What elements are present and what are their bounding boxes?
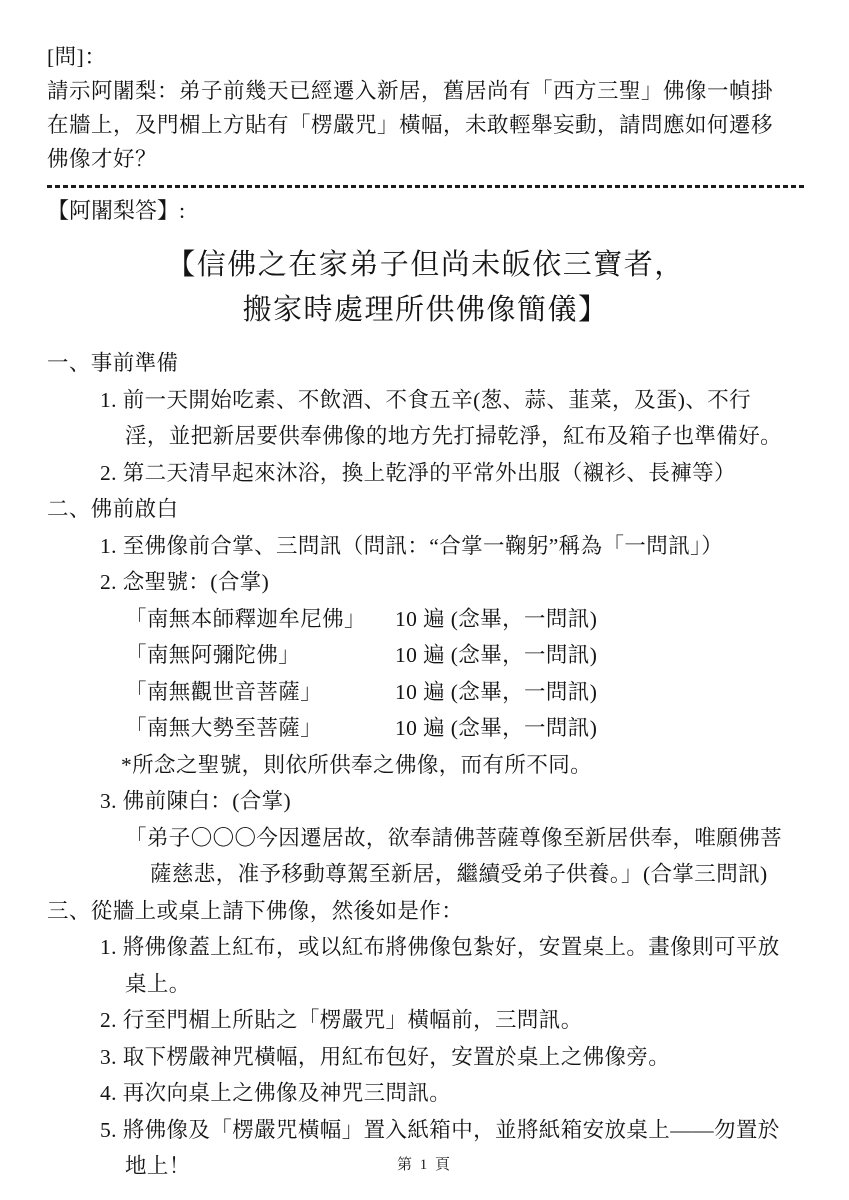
section1-heading: 一、事前準備 [47,345,804,382]
chant-note: *所念之聖號，則依所供奉之佛像，而有所不同。 [47,747,804,784]
answer-label: 【阿闍梨答】: [47,191,804,231]
chant-name: 「南無大勢至菩薩」 [125,710,395,747]
section2-item3: 3. 佛前陳白：(合掌) [47,783,804,820]
chant-name: 「南無觀世音菩薩」 [125,674,395,711]
chant-row: 「南無阿彌陀佛」 10 遍 (念畢，一問訊) [47,637,804,674]
chant-row: 「南無本師釋迦牟尼佛」 10 遍 (念畢，一問訊) [47,601,804,638]
section3-item5-line1: 5. 將佛像及「楞嚴咒橫幅」置入紙箱中，並將紙箱安放桌上——勿置於 [47,1112,804,1149]
section2-heading: 二、佛前啟白 [47,491,804,528]
chant-count: 10 遍 (念畢，一問訊) [395,637,597,674]
question-label: [問]： [47,40,804,74]
chant-count: 10 遍 (念畢，一問訊) [395,674,597,711]
section3-item1-line2: 桌上。 [47,966,804,1003]
dashed-divider [47,185,804,188]
question-line: 在牆上，及門楣上方貼有「楞嚴咒」橫幅，未敢輕舉妄動，請問應如何遷移 [47,108,804,142]
chant-row: 「南無大勢至菩薩」 10 遍 (念畢，一問訊) [47,710,804,747]
document-page: [問]： 請示阿闍梨：弟子前幾天已經遷入新居，舊居尚有「西方三聖」佛像一幀掛 在… [0,0,849,1200]
section3-item2: 2. 行至門楣上所貼之「楞嚴咒」橫幅前，三問訊。 [47,1002,804,1039]
section2-quote-line2: 薩慈悲，准予移動尊駕至新居，繼續受弟子供養。」(合掌三問訊) [47,856,804,893]
page-number: 第 1 頁 [0,1153,849,1174]
chant-row: 「南無觀世音菩薩」 10 遍 (念畢，一問訊) [47,674,804,711]
section3-heading: 三、從牆上或桌上請下佛像，然後如是作： [47,893,804,930]
question-line: 請示阿闍梨：弟子前幾天已經遷入新居，舊居尚有「西方三聖」佛像一幀掛 [47,74,804,108]
main-title: 【信佛之在家弟子但尚未皈依三寶者， 搬家時處理所供佛像簡儀】 [47,243,804,333]
chant-count: 10 遍 (念畢，一問訊) [395,601,597,638]
section3-item4: 4. 再次向桌上之佛像及神咒三問訊。 [47,1075,804,1112]
section3-item1-line1: 1. 將佛像蓋上紅布，或以紅布將佛像包紮好，安置桌上。畫像則可平放 [47,929,804,966]
main-title-line-2: 搬家時處理所供佛像簡儀】 [47,288,804,333]
chant-name: 「南無本師釋迦牟尼佛」 [125,601,395,638]
section1-item1-line1: 1. 前一天開始吃素、不飲酒、不食五辛(葱、蒜、韮菜，及蛋)、不行 [47,382,804,419]
question-line: 佛像才好？ [47,142,804,176]
chant-name: 「南無阿彌陀佛」 [125,637,395,674]
section1-item2: 2. 第二天清早起來沐浴，換上乾淨的平常外出服（襯衫、長褲等） [47,455,804,492]
section3-item3: 3. 取下楞嚴神咒橫幅，用紅布包好，安置於桌上之佛像旁。 [47,1039,804,1076]
section2-quote-line1: 「弟子〇〇〇今因遷居故，欲奉請佛菩薩尊像至新居供奉，唯願佛菩 [47,820,804,857]
section2-item1: 1. 至佛像前合掌、三問訊（問訊：“合掌一鞠躬”稱為「一問訊」） [47,528,804,565]
section2-item2: 2. 念聖號：(合掌) [47,564,804,601]
section1-item1-line2: 淫，並把新居要供奉佛像的地方先打掃乾淨，紅布及箱子也準備好。 [47,418,804,455]
chant-count: 10 遍 (念畢，一問訊) [395,710,597,747]
main-title-line-1: 【信佛之在家弟子但尚未皈依三寶者， [47,243,804,288]
